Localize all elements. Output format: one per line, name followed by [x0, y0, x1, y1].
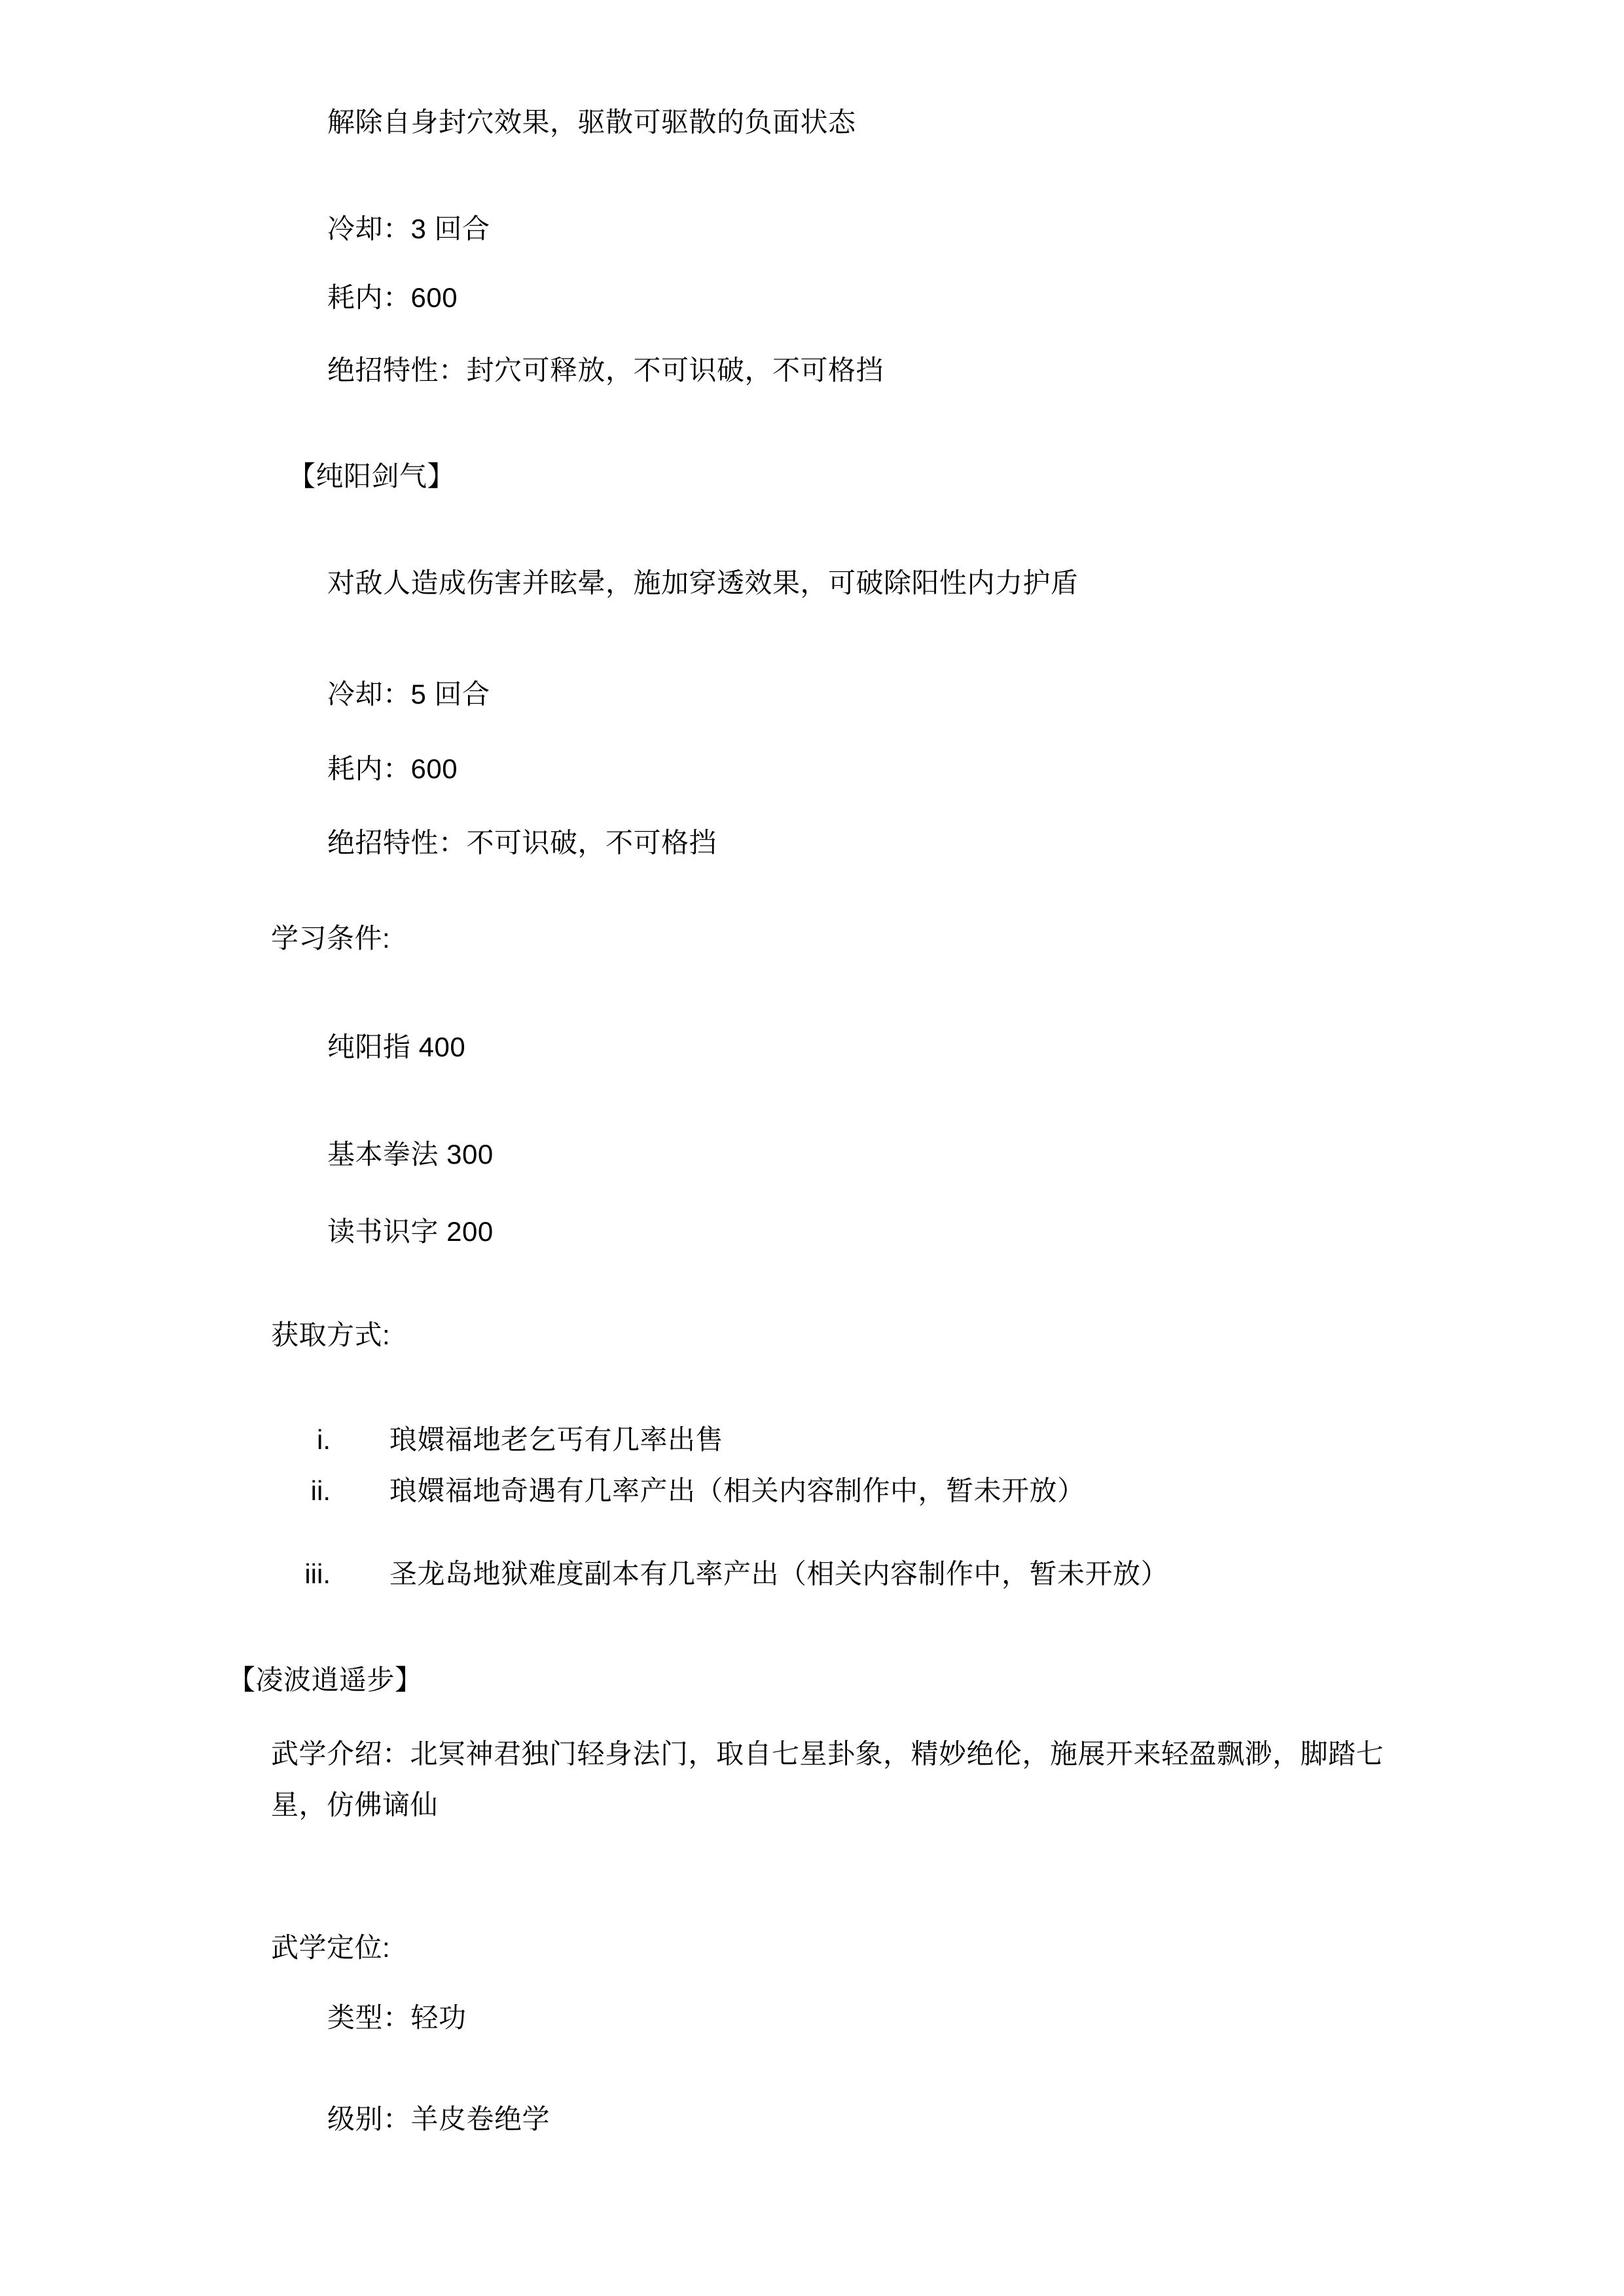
requirement-jibenquanfa: 基本拳法 300: [327, 1139, 494, 1170]
skill-intro-line-2: 星，仿佛谪仙: [271, 1789, 438, 1821]
list-item-text: 琅嬛福地奇遇有几率产出（相关内容制作中，暂未开放）: [389, 1475, 1085, 1507]
acquisition-item: iii. 圣龙岛地狱难度副本有几率产出（相关内容制作中，暂未开放）: [0, 1558, 1624, 1590]
learning-conditions-label: 学习条件:: [271, 923, 390, 954]
section-title-chunyang-jianqi: 【纯阳剑气】: [288, 461, 455, 492]
requirement-chunyangzhi: 纯阳指 400: [327, 1031, 465, 1063]
acquisition-label: 获取方式:: [271, 1319, 390, 1351]
skill-type-text: 类型：轻功: [327, 2002, 467, 2034]
list-marker: i.: [226, 1424, 331, 1456]
positioning-label: 武学定位:: [271, 1932, 390, 1964]
section-title-lingbo-xiaoyaobu: 【凌波逍遥步】: [228, 1664, 423, 1696]
skill-traits-text: 绝招特性：不可识破，不可格挡: [327, 827, 717, 859]
cooldown-text: 冷却：3 回合: [327, 213, 490, 245]
acquisition-item: i. 琅嬛福地老乞丐有几率出售: [0, 1424, 1624, 1456]
skill-effect-text: 对敌人造成伤害并眩晕，施加穿透效果，可破除阳性内力护盾: [327, 567, 1079, 599]
document-page: 解除自身封穴效果，驱散可驱散的负面状态 冷却：3 回合 耗内：600 绝招特性：…: [0, 0, 1624, 2296]
list-item-text: 琅嬛福地老乞丐有几率出售: [389, 1424, 723, 1456]
skill-traits-text: 绝招特性：封穴可释放，不可识破，不可格挡: [327, 355, 884, 386]
list-item-text: 圣龙岛地狱难度副本有几率产出（相关内容制作中，暂未开放）: [389, 1558, 1168, 1590]
skill-intro-line-1: 武学介绍：北冥神君独门轻身法门，取自七星卦象，精妙绝伦，施展开来轻盈飘渺，脚踏七: [271, 1738, 1384, 1770]
skill-effect-text: 解除自身封穴效果，驱散可驱散的负面状态: [327, 107, 856, 138]
inner-cost-text: 耗内：600: [327, 282, 458, 314]
list-marker: iii.: [226, 1558, 331, 1590]
list-marker: ii.: [226, 1475, 331, 1507]
cooldown-text: 冷却：5 回合: [327, 679, 490, 710]
acquisition-item: ii. 琅嬛福地奇遇有几率产出（相关内容制作中，暂未开放）: [0, 1475, 1624, 1507]
skill-grade-text: 级别：羊皮卷绝学: [327, 2104, 550, 2135]
requirement-dushushizi: 读书识字 200: [327, 1216, 494, 1247]
inner-cost-text: 耗内：600: [327, 753, 458, 785]
